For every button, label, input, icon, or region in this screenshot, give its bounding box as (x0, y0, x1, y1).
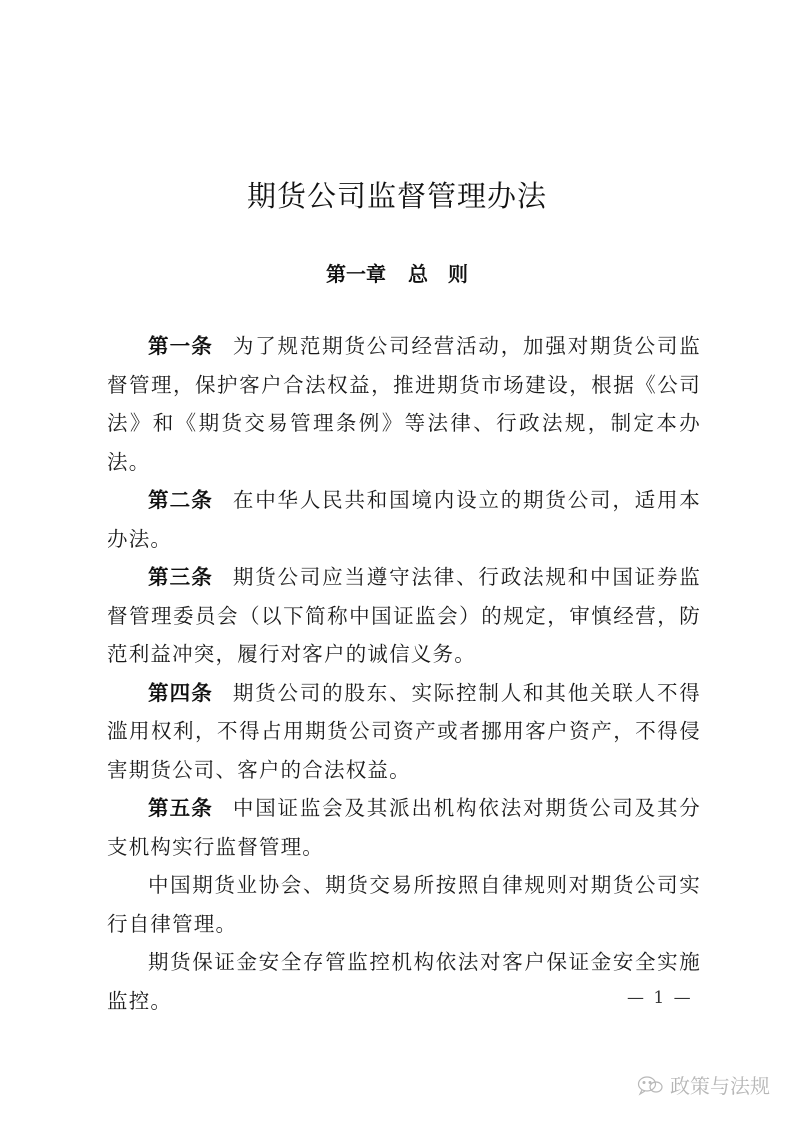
chapter-title-part1: 总 (408, 262, 428, 286)
chapter-title-part2: 则 (448, 262, 468, 286)
chapter-heading: 第一章总则 (0, 258, 794, 287)
chapter-label: 第一章 (326, 262, 386, 286)
article-5-paragraph-2: 中国期货业协会、期货交易所按照自律规则对期货公司实行自律管理。 (107, 866, 701, 943)
article-1: 第一条为了规范期货公司经营活动，加强对期货公司监督管理，保护客户合法权益，推进期… (107, 327, 701, 481)
watermark-text: 政策与法规 (670, 1070, 770, 1099)
article-label: 第二条 (148, 488, 213, 512)
article-label: 第五条 (148, 796, 213, 820)
article-5: 第五条中国证监会及其派出机构依法对期货公司及其分支机构实行监督管理。 (107, 789, 701, 866)
article-2: 第二条在中华人民共和国境内设立的期货公司，适用本办法。 (107, 481, 701, 558)
paragraph-text: 期货保证金安全存管监控机构依法对客户保证金安全实施监控。 (107, 950, 701, 1013)
document-title: 期货公司监督管理办法 (0, 174, 794, 215)
wechat-icon (636, 1074, 664, 1096)
document-page: 期货公司监督管理办法 第一章总则 第一条为了规范期货公司经营活动，加强对期货公司… (0, 0, 794, 1123)
article-label: 第一条 (148, 334, 213, 358)
page-number: — 1 — (627, 988, 693, 1008)
article-3: 第三条期货公司应当遵守法律、行政法规和中国证券监督管理委员会（以下简称中国证监会… (107, 558, 701, 674)
article-label: 第四条 (148, 681, 213, 705)
paragraph-text: 中国期货业协会、期货交易所按照自律规则对期货公司实行自律管理。 (107, 873, 701, 936)
article-5-paragraph-3: 期货保证金安全存管监控机构依法对客户保证金安全实施监控。 (107, 943, 701, 1020)
article-4: 第四条期货公司的股东、实际控制人和其他关联人不得滥用权利，不得占用期货公司资产或… (107, 674, 701, 790)
watermark: 政策与法规 (636, 1070, 770, 1099)
article-label: 第三条 (148, 565, 213, 589)
document-body: 第一条为了规范期货公司经营活动，加强对期货公司监督管理，保护客户合法权益，推进期… (107, 327, 701, 1020)
